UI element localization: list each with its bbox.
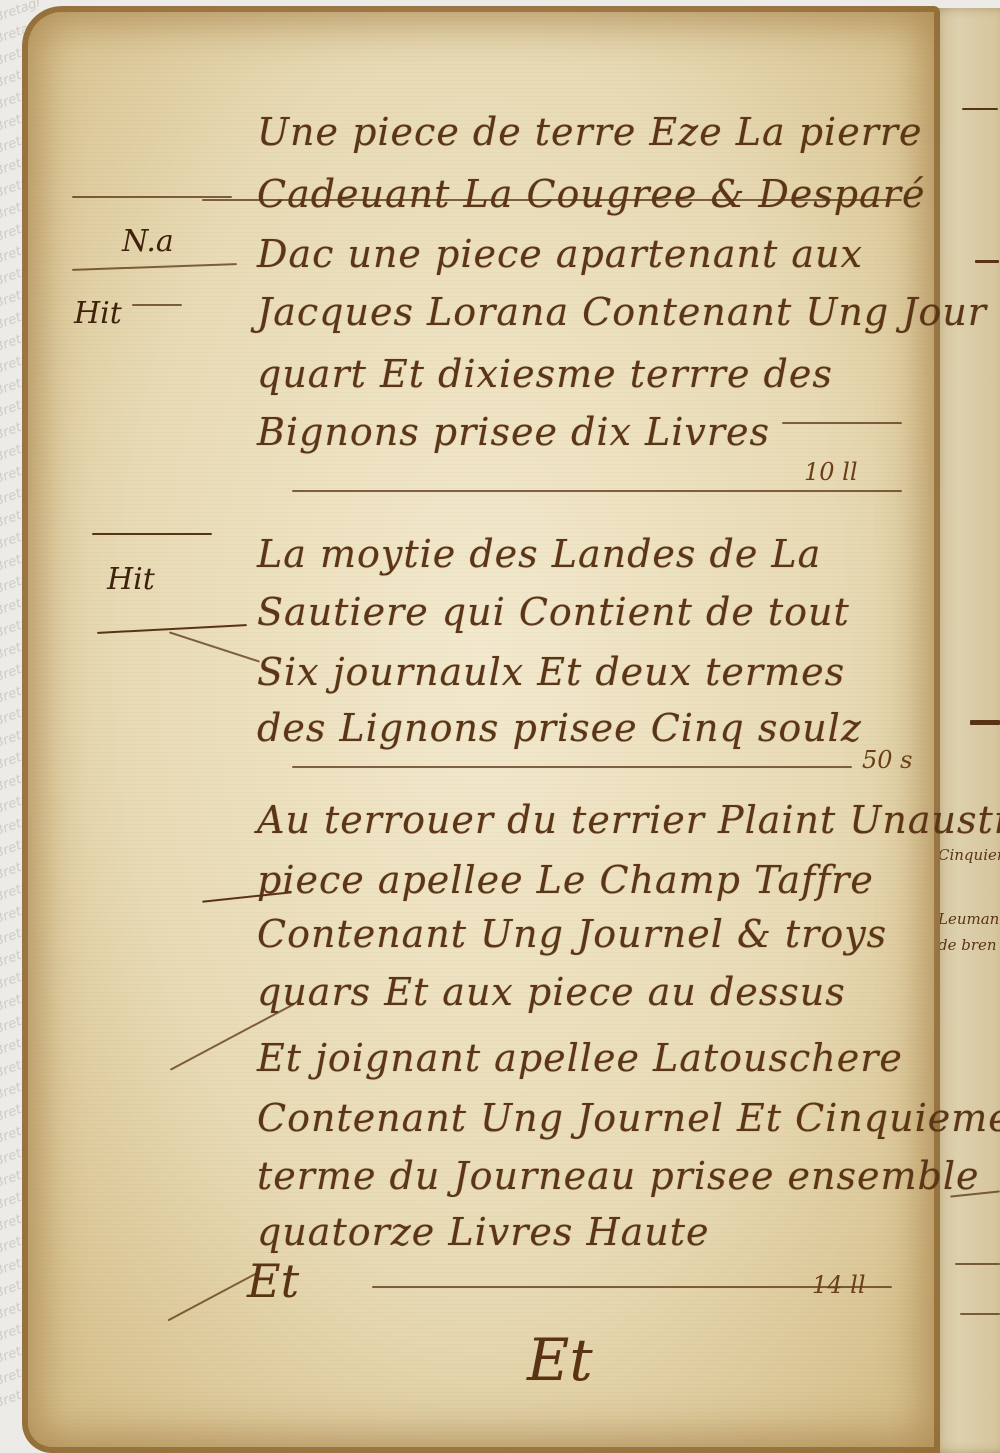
text-line: piece apellee Le Champ Taffre — [257, 858, 874, 902]
text-line: Cadeuant La Cougree & Desparé — [257, 172, 925, 216]
margin-note: Hit — [74, 296, 122, 331]
binding-thread — [169, 631, 260, 662]
margin-rule — [92, 533, 212, 535]
margin-note: Hit — [107, 562, 155, 597]
margin-rule — [72, 263, 237, 270]
ink-blot — [970, 720, 1000, 725]
text-line: La moytie des Landes de La — [257, 532, 821, 576]
facing-page-fragment: de bren — [938, 936, 997, 954]
margin-note: N.a — [122, 224, 174, 259]
text-line: des Lignons prisee Cinq soulz — [257, 706, 862, 750]
ink-stroke — [960, 1313, 1000, 1315]
text-line: Contenant Ung Journel & troys — [257, 912, 887, 956]
amount: 10 ll — [804, 458, 858, 486]
document-viewport: BretagneWeb.comBretagneWeb.comBretagneWe… — [0, 0, 1000, 1453]
margin-rule — [132, 304, 182, 306]
text-line: Jacques Lorana Contenant Ung Jour — [257, 290, 987, 334]
line-rule — [782, 422, 902, 424]
text-line: Six journaulx Et deux termes — [257, 650, 845, 694]
facing-page-fragment: Leuman — [938, 910, 999, 928]
ink-stroke — [955, 1263, 1000, 1265]
text-line: quart Et dixiesme terrre des — [257, 352, 833, 396]
amount: 14 ll — [812, 1271, 866, 1299]
text-line: Bignons prisee dix Livres — [257, 410, 770, 454]
manuscript-page: N.a Hit Hit Une piece de terre Eze La pi… — [22, 6, 940, 1453]
ink-stroke — [962, 108, 998, 110]
entry-separator — [292, 766, 852, 768]
text-line: Dac une piece apartenant aux — [257, 232, 863, 276]
entry-separator — [292, 490, 902, 492]
text-line: terme du Journeau prisee ensemble — [257, 1154, 979, 1198]
text-line: Une piece de terre Eze La pierre — [257, 110, 923, 154]
ink-stroke — [975, 260, 999, 263]
amount: 50 s — [862, 746, 912, 774]
text-line: quars Et aux piece au dessus — [257, 970, 846, 1014]
text-line: Au terrouer du terrier Plaint Unaustre — [257, 798, 1000, 842]
signature-flourish: Et — [527, 1326, 593, 1394]
closing-mark: Et — [247, 1254, 299, 1308]
text-line: Et joignant apellee Latouschere — [257, 1036, 903, 1080]
facing-page-fragment: Cinquieme — [938, 846, 1000, 864]
ink-flourish — [168, 1273, 257, 1321]
text-line: Contenant Ung Journel Et Cinquieme — [257, 1096, 1000, 1140]
facing-page-edge: Cinquieme Leuman de bren — [930, 8, 1000, 1453]
margin-rule — [72, 196, 232, 198]
text-line: quatorze Livres Haute — [257, 1210, 709, 1254]
text-line: Sautiere qui Contient de tout — [257, 590, 850, 634]
